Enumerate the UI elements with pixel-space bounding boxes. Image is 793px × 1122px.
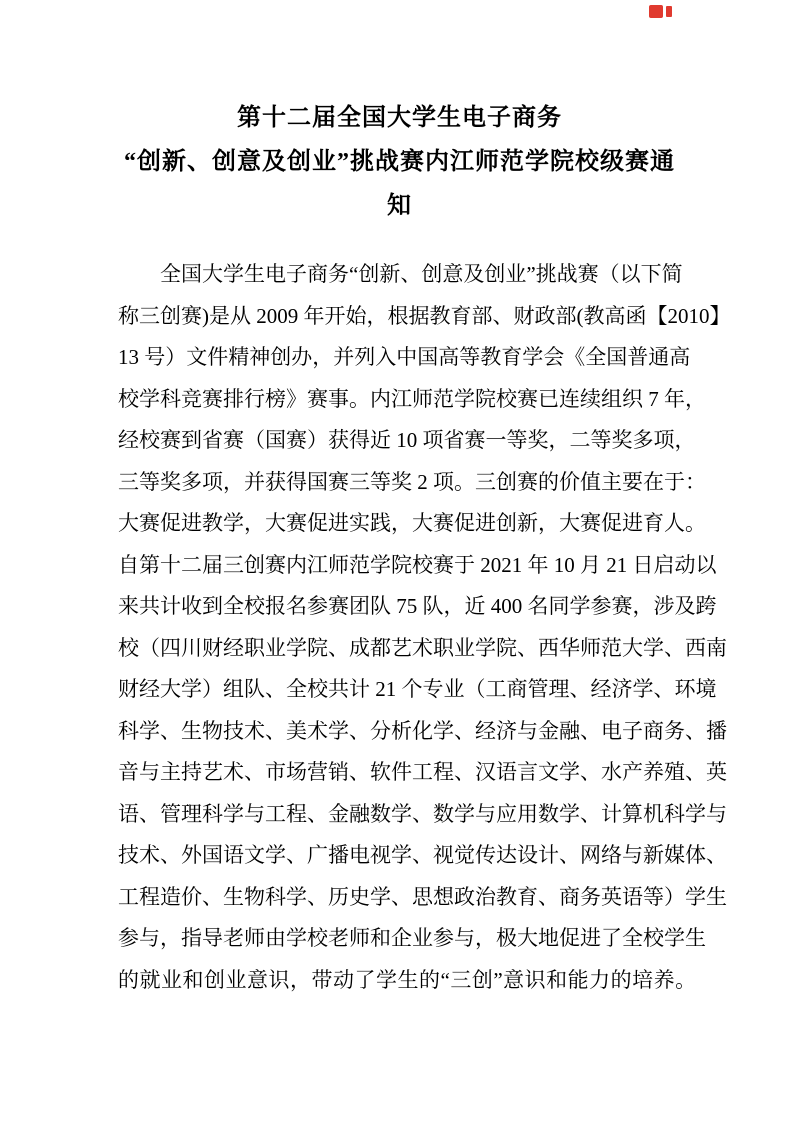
red-corner-icon: [649, 5, 673, 18]
document-page: 第十二届全国大学生电子商务 “创新、创意及创业”挑战赛内江师范学院校级赛通 知 …: [0, 0, 793, 1122]
body-line: 大赛促进教学，大赛促进实践，大赛促进创新，大赛促进育人。: [118, 503, 678, 545]
body-line: 参与，指导老师由学校老师和企业参与，极大地促进了全校学生: [118, 918, 678, 960]
body-line: 财经大学）组队、全校共计 21 个专业（工商管理、经济学、环境: [118, 669, 678, 711]
body-line: 来共计收到全校报名参赛团队 75 队，近 400 名同学参赛，涉及跨: [118, 586, 678, 628]
body-line: 三等奖多项，并获得国赛三等奖 2 项。三创赛的价值主要在于：: [118, 462, 678, 504]
title-line-3: 知: [118, 184, 681, 228]
title-line-1: 第十二届全国大学生电子商务: [118, 96, 681, 140]
body-line: 校学科竞赛排行榜》赛事。内江师范学院校赛已连续组织 7 年，: [118, 379, 678, 421]
body-line: 语、管理科学与工程、金融数学、数学与应用数学、计算机科学与: [118, 794, 678, 836]
document-title: 第十二届全国大学生电子商务 “创新、创意及创业”挑战赛内江师范学院校级赛通 知: [118, 96, 681, 228]
body-line: 工程造价、生物科学、历史学、思想政治教育、商务英语等）学生: [118, 877, 678, 919]
body-line: 的就业和创业意识，带动了学生的“三创”意识和能力的培养。: [118, 960, 678, 1002]
document-body-paragraph: 全国大学生电子商务“创新、创意及创业”挑战赛（以下简 称三创赛)是从 2009 …: [118, 254, 678, 1001]
body-line: 音与主持艺术、市场营销、软件工程、汉语言文学、水产养殖、英: [118, 752, 678, 794]
red-corner-icon-left-block: [649, 5, 663, 18]
body-line: 技术、外国语文学、广播电视学、视觉传达设计、网络与新媒体、: [118, 835, 678, 877]
title-line-2: “创新、创意及创业”挑战赛内江师范学院校级赛通: [118, 140, 681, 184]
body-line: 校（四川财经职业学院、成都艺术职业学院、西华师范大学、西南: [118, 628, 678, 670]
body-line: 13 号）文件精神创办，并列入中国高等教育学会《全国普通高: [118, 337, 678, 379]
body-line: 经校赛到省赛（国赛）获得近 10 项省赛一等奖，二等奖多项，: [118, 420, 678, 462]
body-line: 全国大学生电子商务“创新、创意及创业”挑战赛（以下简: [118, 254, 678, 296]
body-line: 称三创赛)是从 2009 年开始，根据教育部、财政部(教高函【2010】: [118, 296, 678, 338]
body-line: 科学、生物技术、美术学、分析化学、经济与金融、电子商务、播: [118, 711, 678, 753]
red-corner-icon-right-block: [666, 6, 672, 17]
body-line: 自第十二届三创赛内江师范学院校赛于 2021 年 10 月 21 日启动以: [118, 545, 678, 587]
